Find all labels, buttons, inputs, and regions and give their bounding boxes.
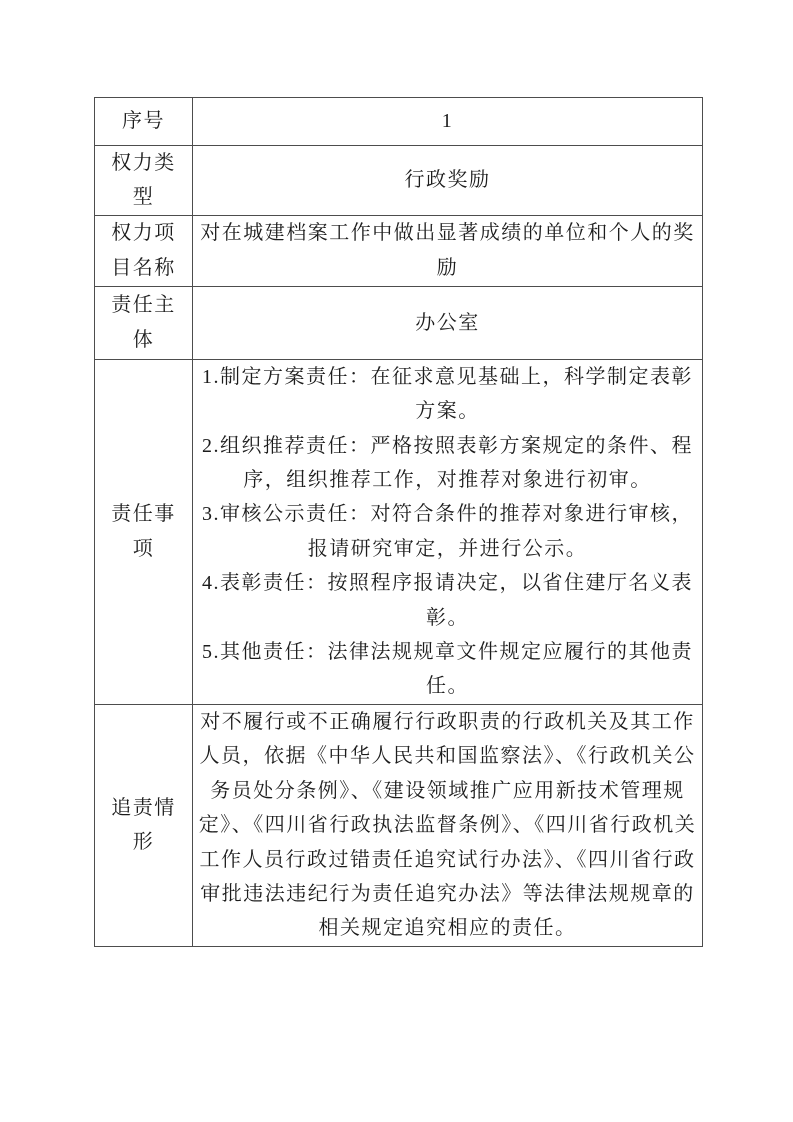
duty-item-1: 1.制定方案责任：在征求意见基础上，科学制定表彰方案。 [193, 360, 702, 429]
document-page: 序号 1 权力类 型 行政奖励 权力项 目名称 对在城建档案工作中做出显著成绩的… [0, 0, 793, 1122]
power-duty-table: 序号 1 权力类 型 行政奖励 权力项 目名称 对在城建档案工作中做出显著成绩的… [94, 97, 703, 947]
responsible-entity-label: 责任主 体 [95, 286, 193, 359]
table-row-serial-number: 序号 1 [95, 98, 703, 146]
serial-number-label: 序号 [95, 98, 193, 146]
power-item-name-label: 权力项 目名称 [95, 215, 193, 286]
power-type-label: 权力类 型 [95, 146, 193, 216]
responsible-entity-value: 办公室 [193, 286, 703, 359]
duty-item-4: 4.表彰责任：按照程序报请决定，以省住建厅名义表彰。 [193, 566, 702, 635]
duty-item-3: 3.审核公示责任：对符合条件的推荐对象进行审核，报请研究审定，并进行公示。 [193, 497, 702, 566]
serial-number-value: 1 [193, 98, 703, 146]
duty-item-2: 2.组织推荐责任：严格按照表彰方案规定的条件、程序，组织推荐工作，对推荐对象进行… [193, 429, 702, 498]
accountability-value: 对不履行或不正确履行行政职责的行政机关及其工作人员，依据《中华人民共和国监察法》… [193, 704, 703, 946]
table-row-responsible-entity: 责任主 体 办公室 [95, 286, 703, 359]
table-row-power-item-name: 权力项 目名称 对在城建档案工作中做出显著成绩的单位和个人的奖励 [95, 215, 703, 286]
duty-item-5: 5.其他责任：法律法规规章文件规定应履行的其他责任。 [193, 635, 702, 704]
accountability-label: 追责情 形 [95, 704, 193, 946]
table-row-accountability: 追责情 形 对不履行或不正确履行行政职责的行政机关及其工作人员，依据《中华人民共… [95, 704, 703, 946]
duty-items-value: 1.制定方案责任：在征求意见基础上，科学制定表彰方案。 2.组织推荐责任：严格按… [193, 359, 703, 704]
table-row-duty-items: 责任事 项 1.制定方案责任：在征求意见基础上，科学制定表彰方案。 2.组织推荐… [95, 359, 703, 704]
duty-items-label: 责任事 项 [95, 359, 193, 704]
power-item-name-value: 对在城建档案工作中做出显著成绩的单位和个人的奖励 [193, 215, 703, 286]
table-row-power-type: 权力类 型 行政奖励 [95, 146, 703, 216]
accountability-text: 对不履行或不正确履行行政职责的行政机关及其工作人员，依据《中华人民共和国监察法》… [193, 705, 702, 946]
power-type-value: 行政奖励 [193, 146, 703, 216]
